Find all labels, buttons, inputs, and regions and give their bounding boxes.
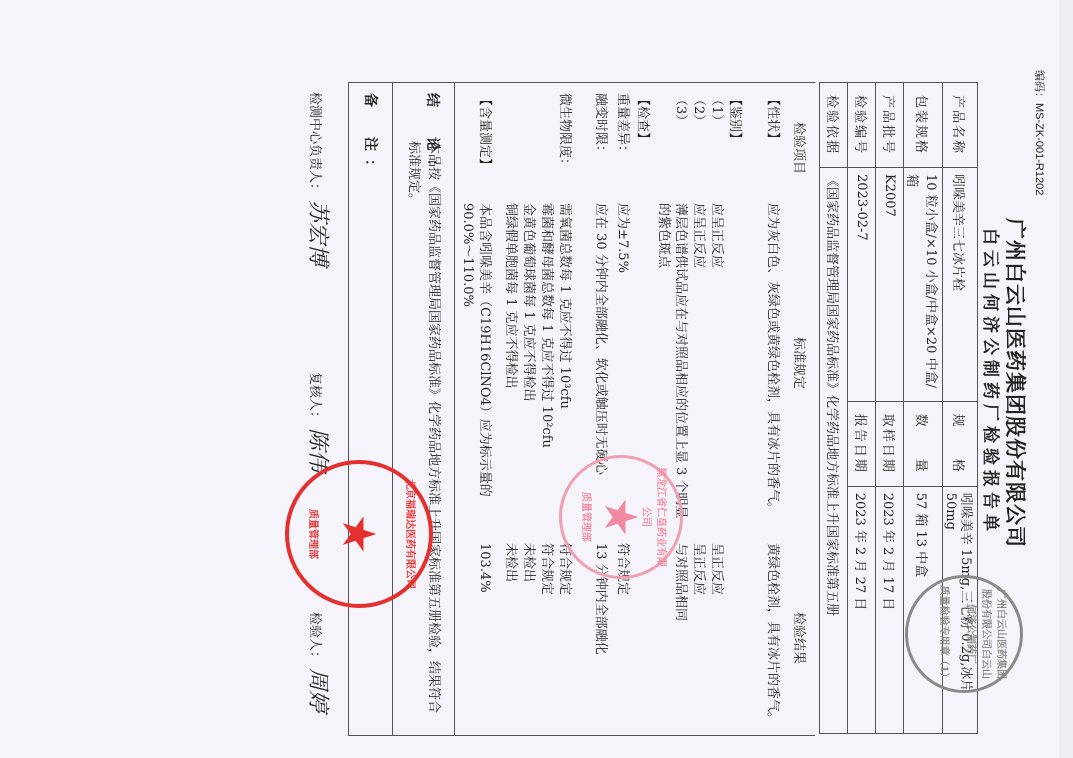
inspector-signature: 检验人：周婷 (304, 612, 335, 712)
test-standard: 铜绿假单胞菌每 1 克应不得检出 (502, 203, 519, 523)
test-standard: 应为灰白色、灰绿色或黄绿色栓剂，具有冰片的香气。 (764, 203, 781, 523)
test-result: 未检出 (502, 543, 519, 733)
test-item: 【检查】 (634, 93, 651, 203)
red-seal-ring-text: 北京福瑞达医药有限公司 (404, 472, 419, 596)
basis-label: 检验依据 (820, 83, 848, 168)
gray-seal-ring-text: 广州白云山医药集团股份有限公司白云山何济公制药厂 (965, 586, 1010, 682)
info-label: 包装规格 (904, 83, 943, 168)
inspector-label: 检验人： (307, 612, 322, 664)
header-item: 检验项目 (790, 93, 807, 203)
conclusion-text: 本品按《国家药品监督管理局国家药品标准》化学药品地方标准上升国家标准第五册检验，… (403, 141, 443, 725)
document-code: 编码：MS-ZK-001-R1202 (1032, 70, 1048, 195)
test-standard: 需氧菌总数每 1 克应不得过 10³cfu (556, 203, 573, 523)
conclusion-section: 结 论： 本品按《国家药品监督管理局国家药品标准》化学药品地方标准上升国家标准第… (392, 82, 455, 736)
test-item: （3） (672, 93, 689, 203)
gray-inspection-seal: 广州白云山医药集团股份有限公司白云山何济公制药厂 质量检验专用章（1） (905, 575, 1023, 693)
info-label: 规 格 (943, 401, 978, 486)
basis-value: 《国家药品监督管理局国家药品标准》化学药品地方标准上升国家标准第五册 (820, 168, 848, 734)
test-result: 未检出 (520, 543, 537, 733)
test-results-section: 检验项目 标准规定 检验结果 【性状】应为灰白色、灰绿色或黄绿色栓剂，具有冰片的… (454, 82, 815, 736)
test-result: 符合规定 (556, 543, 573, 733)
info-value: 10 粒小盒/×10 小盒/中盒×20 中盒/箱 (904, 168, 943, 402)
test-result: 符合规定 (538, 543, 555, 733)
company-name: 广州白云山医药集团股份有限公司 (1001, 218, 1031, 548)
test-result: 呈正反应 (708, 543, 725, 733)
info-label: 产品名称 (943, 83, 978, 168)
reviewer-signature: 复核人：陈伟 (304, 372, 335, 472)
inspection-report: 编码：MS-ZK-001-R1202 广州白云山医药集团股份有限公司 白云山何济… (0, 0, 1073, 758)
star-icon: ★ (594, 496, 648, 537)
header-result: 检验结果 (790, 543, 807, 733)
test-standard: 霉菌和酵母菌总数每 1 克应不得过 10²cfu (538, 203, 555, 523)
test-item: 【含量测定】 (476, 93, 493, 203)
test-standard: 本品含吲哚美辛（C19H16ClNO4）应为标示量的 90.0%～110.0% (459, 203, 493, 523)
info-value: 2023 年 2 月 17 日 (876, 486, 904, 733)
code-label: 编码： (1033, 70, 1045, 103)
test-item: 【鉴别】 (726, 93, 743, 203)
remarks-label: 备 注： (361, 93, 381, 181)
basis-row: 检验依据《国家药品监督管理局国家药品标准》化学药品地方标准上升国家标准第五册 (820, 83, 848, 734)
info-label: 取样日期 (876, 401, 904, 486)
pink-seal-sub-text: 质量管理部 (580, 458, 595, 576)
test-standard: 应呈正反应 (690, 203, 707, 523)
code-value: MS-ZK-001-R1202 (1033, 103, 1045, 195)
pink-company-seal: 黑龙江省仁皇药业有限公司 ★ 质量管理部 (559, 455, 683, 579)
info-row: 检验编号2023-02-7报告日期2023 年 2 月 27 日 (848, 83, 876, 734)
test-standard: 应呈正反应 (708, 203, 725, 523)
info-label: 产品批号 (876, 83, 904, 168)
test-result: 103.4% (476, 543, 493, 733)
info-label: 检验编号 (848, 83, 876, 168)
header-standard: 标准规定 (790, 203, 807, 523)
info-value: 2023-02-7 (848, 168, 876, 402)
remarks-section: 备 注： (348, 82, 393, 736)
center-head-signature: 检测中心负责人：苏宏博 (304, 92, 335, 266)
inspector-handwriting: 周婷 (305, 668, 330, 712)
test-standard: 金黄色葡萄球菌每 1 克应不得检出 (520, 203, 537, 523)
info-label: 数 量 (904, 401, 943, 486)
test-result: 黄绿色栓剂，具有冰片的香气。 (764, 543, 781, 733)
test-item: 融变时限： (592, 93, 609, 203)
test-result: 与对照品相同 (672, 543, 689, 733)
center-head-handwriting: 苏宏博 (305, 200, 330, 266)
red-seal-sub-text: 质量管理部 (307, 464, 322, 604)
reviewer-label: 复核人： (307, 372, 322, 424)
test-item: 微生物限度： (556, 93, 573, 203)
test-item: （2） (690, 93, 707, 203)
info-value: 吲哚美辛三七冰片栓 (943, 168, 978, 402)
gray-seal-sub-text: 质量检验专用章（1） (938, 578, 953, 690)
info-value: K2007 (876, 168, 904, 402)
test-result: 呈正反应 (690, 543, 707, 733)
test-item: 重量差异： (614, 93, 631, 203)
red-company-seal: 北京福瑞达医药有限公司 ★ 质量管理部 (285, 460, 433, 608)
center-head-label: 检测中心负责人： (307, 92, 322, 196)
report-title: 白云山何济公制药厂检验报告单 (980, 228, 1005, 536)
info-row: 产品批号K2007取样日期2023 年 2 月 17 日 (876, 83, 904, 734)
test-item: （1） (708, 93, 725, 203)
info-label: 报告日期 (848, 401, 876, 486)
test-item: 【性状】 (764, 93, 781, 203)
star-icon: ★ (332, 513, 386, 554)
info-value: 2023 年 2 月 27 日 (848, 486, 876, 733)
